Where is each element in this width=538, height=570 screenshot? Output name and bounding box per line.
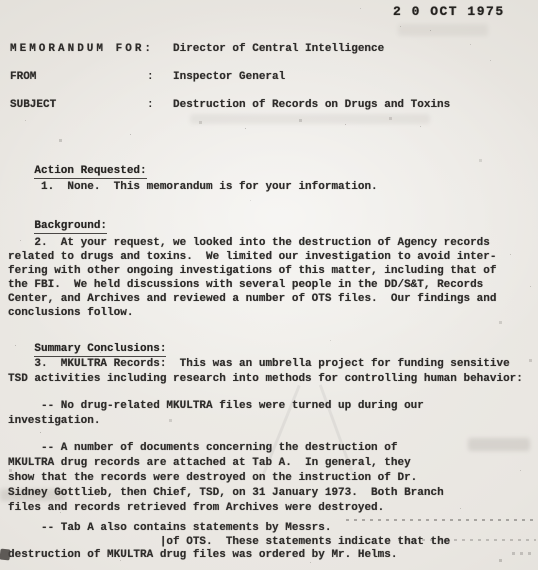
date-stamp: 2 0 OCT 1975 xyxy=(393,4,505,19)
background-paragraph: 2. At your request, we looked into the d… xyxy=(8,236,496,320)
action-requested-paragraph: 1. None. This memorandum is for your inf… xyxy=(8,180,378,195)
memorandum-for-line: MEMORANDUM FOR: Director of Central Inte… xyxy=(0,43,538,57)
bleed-through-right xyxy=(468,438,530,451)
bullet-no-drug-files: -- No drug-related MKULTRA files were tu… xyxy=(8,399,424,429)
redaction-residue xyxy=(398,539,536,541)
memorandum-for-value: Director of Central Intelligence xyxy=(173,43,384,55)
bullet-tab-a-statements: -- Tab A also contains statements by Mes… xyxy=(8,522,450,563)
from-value: Inspector General xyxy=(173,71,285,83)
redaction-residue xyxy=(512,552,536,555)
redaction-residue xyxy=(346,519,536,521)
from-label: FROM xyxy=(10,71,36,83)
smudge-under-subject xyxy=(190,114,430,124)
subject-label: SUBJECT xyxy=(10,99,56,111)
smudge-under-date xyxy=(398,24,488,36)
ink-blot xyxy=(0,549,11,561)
from-line: FROM : Inspector General xyxy=(0,71,538,85)
subject-line: SUBJECT : Destruction of Records on Drug… xyxy=(0,99,538,113)
subject-colon: : xyxy=(147,99,154,111)
subject-value: Destruction of Records on Drugs and Toxi… xyxy=(173,99,450,111)
bullet-tab-a-documents: -- A number of documents concerning the … xyxy=(8,441,444,516)
memorandum-for-label: MEMORANDUM FOR: xyxy=(10,43,154,55)
scanned-memo-page: 2 0 OCT 1975 MEMORANDUM FOR: Director of… xyxy=(0,0,538,570)
from-colon: : xyxy=(147,71,154,83)
paper-noise xyxy=(0,0,1,1)
mkultra-records-paragraph: 3. MKULTRA Records: This was an umbrella… xyxy=(8,357,523,387)
